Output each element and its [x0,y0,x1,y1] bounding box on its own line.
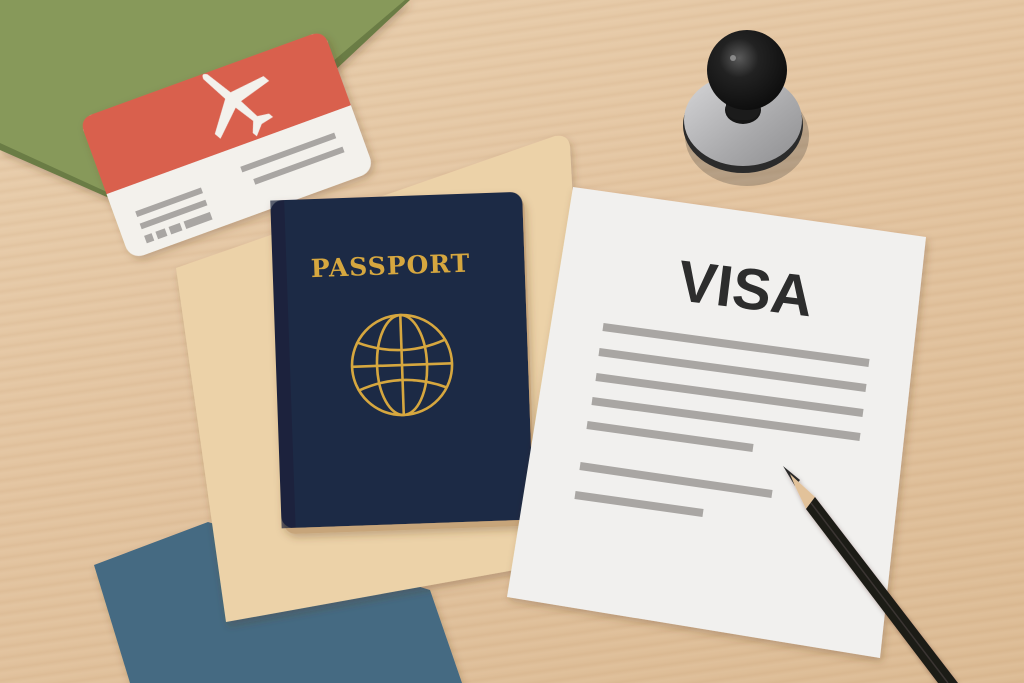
travel-documents-scene: PASSPORT VISA [0,0,1024,683]
visa-document [507,187,926,658]
rubber-stamp [683,30,809,186]
scene-artwork [0,0,1024,683]
passport [270,192,536,535]
